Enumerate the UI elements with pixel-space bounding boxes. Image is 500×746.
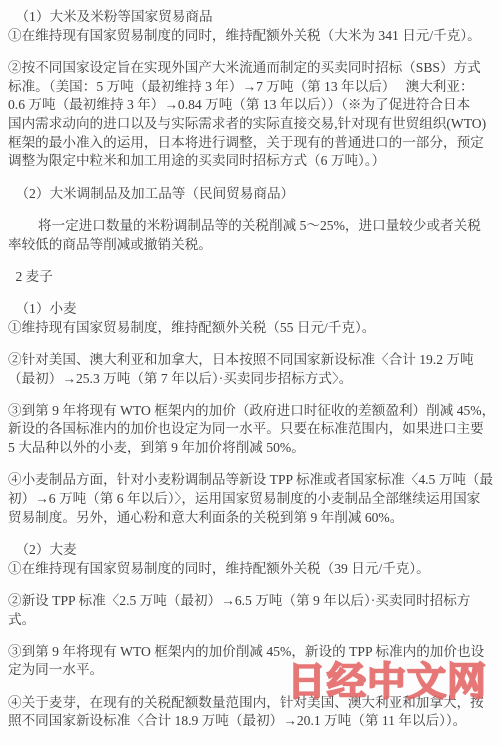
paragraph-malt-quota: ④关于麦芽，在现有的关税配额数量范围内，针对美国、澳大利亚和加拿大，按 照不同国…	[8, 694, 498, 731]
paragraph-barley-state-trade: （2）大麦 ①在维持现有国家贸易制度的同时，维持配额外关税（39 日元/千克）。	[8, 541, 498, 578]
paragraph-wheat-section-heading: 2 麦子	[8, 268, 498, 287]
paragraph-rice-state-trade: （1）大米及米粉等国家贸易商品 ①在维持现有国家贸易制度的同时，维持配额外关税（…	[8, 8, 498, 45]
paragraph-barley-tpp-standard: ②新设 TPP 标准〈2.5 万吨（最初）→6.5 万吨（第 9 年以后）·买卖…	[8, 592, 498, 629]
paragraph-rice-processed-tariff: 将一定进口数量的米粉调制品等的关税削减 5～25%，进口量较少或者关税 率较低的…	[8, 217, 498, 254]
paragraph-wheat-state-trade: （1）小麦 ①维持现有国家贸易制度，维持配额外关税（55 日元/千克）。	[8, 300, 498, 337]
paragraph-barley-wto-markup: ③到第 9 年将现有 WTO 框架内的加价削减 45%，新设的 TPP 标准内的…	[8, 643, 498, 680]
document-body: （1）大米及米粉等国家贸易商品 ①在维持现有国家贸易制度的同时，维持配额外关税（…	[0, 0, 500, 731]
paragraph-rice-processed-heading: （2）大米调制品及加工品等（民间贸易商品）	[8, 185, 498, 204]
paragraph-rice-sbs-standard: ②按不同国家设定旨在实现外国产大米流通而制定的买卖同时招标（SBS）方式 标准。…	[8, 59, 498, 171]
paragraph-wheat-country-standard: ②针对美国、澳大利亚和加拿大，日本按照不同国家新设标准〈合计 19.2 万吨 （…	[8, 351, 498, 388]
paragraph-wheat-wto-markup: ③到第 9 年将现有 WTO 框架内的加价（政府进口时征收的差额盈利）削减 45…	[8, 402, 498, 458]
paragraph-wheat-products: ④小麦制品方面，针对小麦粉调制品等新设 TPP 标准或者国家标准〈4.5 万吨（…	[8, 471, 498, 527]
